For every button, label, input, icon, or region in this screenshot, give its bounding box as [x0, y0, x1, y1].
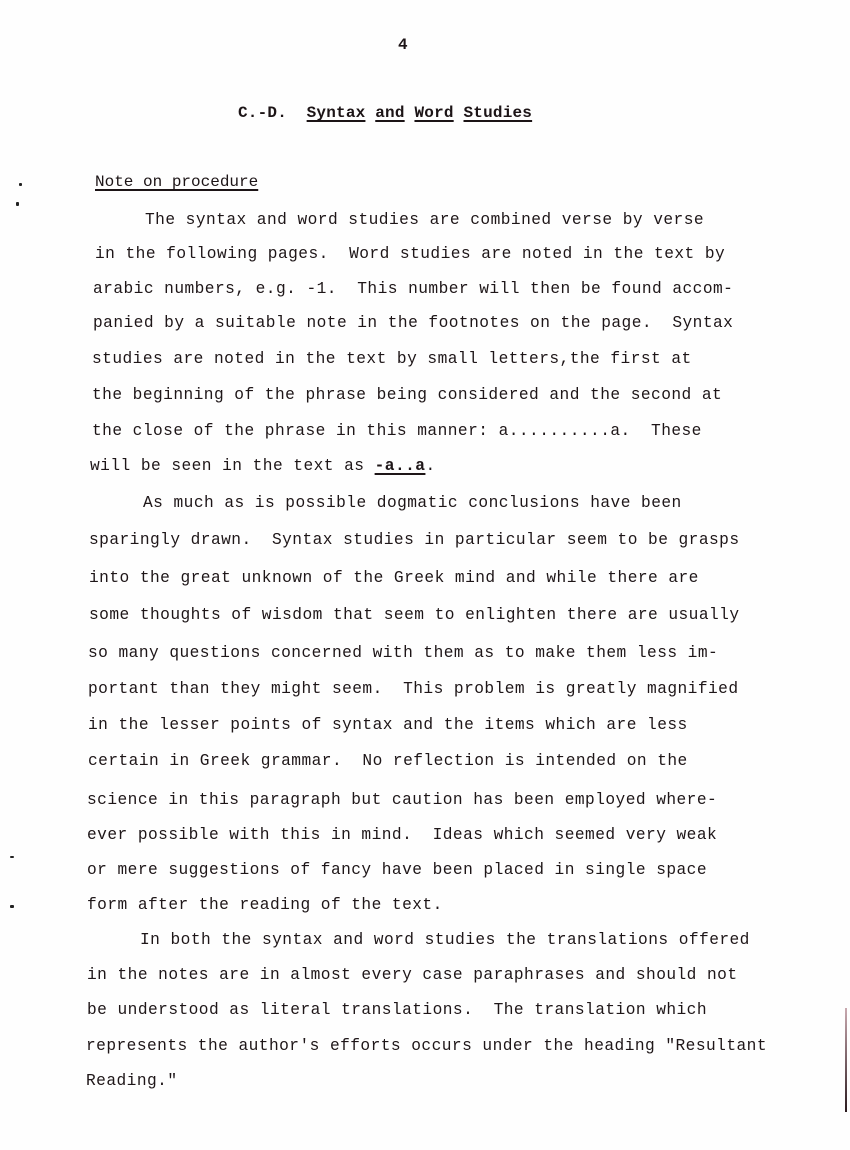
text-line: in the lesser points of syntax and the i… [88, 716, 688, 734]
section-heading-word: Syntax [307, 104, 366, 122]
section-heading-prefix: C.-D. [238, 104, 287, 122]
section-heading-word: and [375, 104, 404, 122]
text-line: so many questions concerned with them as… [88, 644, 718, 662]
section-heading-word: Studies [464, 104, 533, 122]
text-line: certain in Greek grammar. No reflection … [88, 752, 688, 770]
text-line: As much as is possible dogmatic conclusi… [143, 494, 682, 512]
scan-speck [10, 856, 14, 858]
text-line-end: . [425, 457, 435, 475]
text-line: portant than they might seem. This probl… [88, 680, 739, 698]
text-line: ever possible with this in mind. Ideas w… [87, 826, 717, 844]
text-line: or mere suggestions of fancy have been p… [87, 861, 707, 879]
text-line: the beginning of the phrase being consid… [92, 386, 722, 404]
text-line: Reading." [86, 1072, 177, 1090]
text-line: studies are noted in the text by small l… [92, 350, 692, 368]
page-number: 4 [398, 36, 408, 54]
scan-speck [10, 905, 14, 908]
section-heading: C.-D. Syntax and Word Studies [238, 104, 532, 122]
scan-speck [19, 183, 22, 186]
subheading-note-on-procedure: Note on procedure [95, 173, 258, 191]
text-line: sparingly drawn. Syntax studies in parti… [89, 531, 740, 549]
text-line: arabic numbers, e.g. -1. This number wil… [93, 280, 733, 298]
text-line: the close of the phrase in this manner: … [92, 422, 702, 440]
scan-speck [16, 202, 19, 206]
text-line: in the notes are in almost every case pa… [87, 966, 738, 984]
text-line: into the great unknown of the Greek mind… [89, 569, 699, 587]
text-line-start: will be seen in the text as [90, 457, 375, 475]
text-line: panied by a suitable note in the footnot… [93, 314, 733, 332]
text-line: The syntax and word studies are combined… [145, 211, 704, 229]
text-line: science in this paragraph but caution ha… [87, 791, 717, 809]
syntax-marker-example: -a..a [375, 457, 426, 475]
text-line: will be seen in the text as -a..a. [90, 457, 436, 475]
text-line: in the following pages. Word studies are… [95, 245, 725, 263]
scan-edge-line [845, 1008, 847, 1112]
text-line: In both the syntax and word studies the … [140, 931, 750, 949]
section-heading-word: Word [414, 104, 453, 122]
text-line: be understood as literal translations. T… [87, 1001, 707, 1019]
text-line: represents the author's efforts occurs u… [86, 1037, 767, 1055]
text-line: form after the reading of the text. [87, 896, 443, 914]
text-line: some thoughts of wisdom that seem to enl… [89, 606, 740, 624]
document-page: 4 C.-D. Syntax and Word Studies Note on … [0, 0, 850, 1150]
